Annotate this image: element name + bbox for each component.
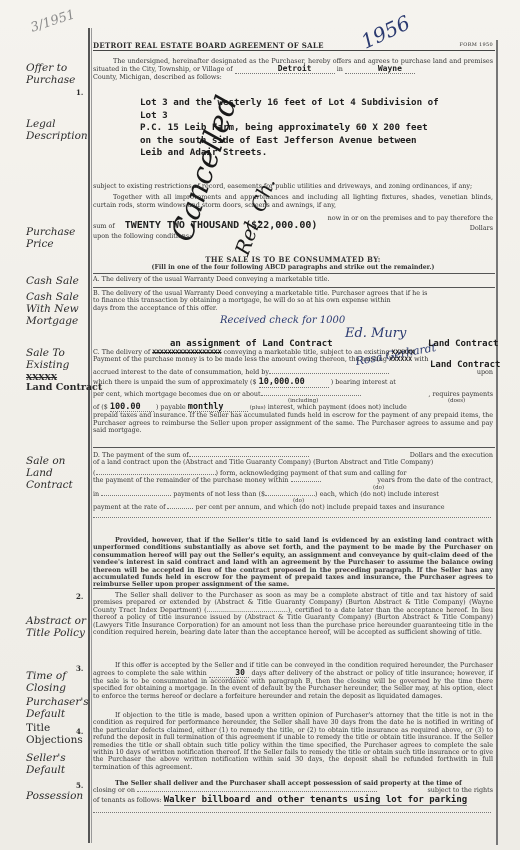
- in-label: in: [337, 65, 343, 73]
- sum-of-label: sum of: [93, 222, 115, 230]
- label-sale-to-existing: Sale To Existing: [26, 347, 92, 371]
- separator: [93, 447, 495, 448]
- paragraph-d: D. The payment of the sum of Dollars and…: [93, 452, 493, 521]
- payment-amount-field-d[interactable]: [265, 495, 315, 496]
- payment-frequency-field-d[interactable]: [101, 495, 171, 496]
- does-label: (does): [448, 398, 465, 405]
- document-header: DETROIT REAL ESTATE BOARD AGREEMENT OF S…: [93, 41, 495, 51]
- legal-line: Lot 3 and the westerly 16 feet of Lot 4 …: [140, 97, 460, 122]
- blank-line[interactable]: [93, 511, 491, 518]
- plus-label: (plus): [250, 405, 266, 411]
- para-d-text: the payment of the remainder of the purc…: [93, 476, 289, 484]
- typed-land-contract-right: Land Contract: [428, 339, 498, 349]
- para-c-text: per cent, which mortgage becomes due on …: [93, 390, 261, 398]
- para-d-text: per cent per annum, and which (do not) i…: [196, 503, 445, 511]
- para-d-text: payment at the rate of: [93, 503, 165, 511]
- consummation-title: THE SALE IS TO BE CONSUMMATED BY:: [93, 256, 493, 263]
- paragraph-b: B. The delivery of the usual Warranty De…: [93, 290, 493, 312]
- para-c-text: upon: [477, 369, 493, 376]
- paragraph-4-title-objections: If objection to the title is made, based…: [93, 712, 493, 771]
- para-c-text: , requires payments: [428, 391, 493, 398]
- handwritten-mortgage-note: Received check for 1000: [220, 315, 345, 326]
- do-label: (do): [293, 498, 304, 505]
- para-d-text: payments of not less than ($: [173, 490, 265, 498]
- separator: [93, 287, 495, 288]
- years-field[interactable]: [291, 481, 321, 482]
- label-legal-description: Legal Description: [26, 118, 92, 142]
- price-paragraph: now in or on the premises and to pay the…: [93, 215, 493, 241]
- para-d-text: of a land contract upon the (Abstract an…: [93, 459, 493, 466]
- para-d-text: D. The payment of the sum of: [93, 451, 189, 459]
- unpaid-amount-field[interactable]: 10,000.00: [259, 379, 329, 387]
- para-b-line: days from the acceptance of this offer.: [93, 305, 493, 312]
- price-amount-field[interactable]: TWENTY TWO THOUSAND ($22,000.00): [125, 220, 318, 231]
- county-field[interactable]: Wayne: [345, 65, 415, 73]
- para-d-text: years from the date of the contract,: [377, 477, 493, 484]
- label-sellers-default: Seller's Default: [26, 752, 92, 776]
- document-title: DETROIT REAL ESTATE BOARD AGREEMENT OF S…: [93, 41, 324, 50]
- form-company-field[interactable]: [96, 474, 216, 475]
- legal-line: P.C. 15 Leib Farm, being approximately 6…: [140, 122, 460, 135]
- improvements-text: Together with all improvements and appur…: [93, 194, 493, 209]
- county-suffix: County, Michigan, described as follows:: [93, 73, 222, 81]
- paragraph-3-closing: If this offer is accepted by the Seller …: [93, 662, 493, 700]
- left-border-rule: [88, 28, 90, 843]
- label-sale-on-land-contract: Sale on Land Contract: [26, 455, 92, 491]
- offer-paragraph: The undersigned, hereinafter designated …: [93, 58, 493, 81]
- blank-line[interactable]: [93, 804, 491, 813]
- para-5-text: closing or on: [93, 786, 135, 794]
- conditions-label: upon the following conditions:: [93, 233, 493, 240]
- paragraph-number-3: 3.: [76, 664, 83, 673]
- possession-date-field[interactable]: [137, 791, 377, 792]
- para-c-rest: prepaid taxes and insurance. If the Sell…: [93, 412, 493, 434]
- do-label: (do): [373, 485, 384, 492]
- label-possession: Possession: [26, 790, 92, 802]
- para-c-text: Payment of the purchase money is to be m…: [93, 355, 387, 363]
- label-cash-sale: Cash Sale: [26, 275, 92, 287]
- paragraph-number-5: 5.: [76, 781, 83, 790]
- interest-rate-field[interactable]: [167, 508, 193, 509]
- paragraph-c: C. The delivery of XXXXXXXXXXXXXXXXXX co…: [93, 349, 493, 435]
- legal-line: on the south side of East Jefferson Aven…: [140, 135, 460, 148]
- para-d-text: in: [93, 490, 99, 498]
- struck-text: XXXXXX: [389, 355, 412, 363]
- due-date-field[interactable]: [261, 395, 361, 396]
- paragraph-5-possession: The Seller shall deliver and the Purchas…: [93, 780, 493, 816]
- left-border-rule-inner: [91, 28, 92, 843]
- para-c-text: ) bearing interest at: [331, 378, 396, 386]
- paragraph-a: A. The delivery of the usual Warranty De…: [93, 276, 493, 283]
- restrictions-paragraph: subject to existing restrictions of reco…: [93, 183, 493, 209]
- corner-handwritten-note: 3/1951: [29, 7, 77, 35]
- city-field[interactable]: Detroit: [235, 65, 335, 73]
- para-5-text: of tenants as follows:: [93, 796, 162, 804]
- provided-paragraph: Provided, however, that if the Seller's …: [93, 537, 493, 589]
- para-5-text: subject to the rights: [427, 787, 493, 794]
- held-by-field[interactable]: [269, 373, 389, 374]
- handwritten-signature-c: Ed. Mury: [345, 326, 406, 341]
- sum-field-d[interactable]: [189, 456, 309, 457]
- paragraph-number-1: 1.: [76, 88, 83, 97]
- label-purchase-price: Purchase Price: [26, 226, 92, 250]
- separator: [93, 273, 495, 274]
- label-offer-to-purchase: Offer to Purchase: [26, 62, 92, 86]
- legal-line: Leib and Adair Streets.: [140, 147, 460, 160]
- label-time-of-closing: Time of Closing: [26, 670, 92, 694]
- right-border-rule: [496, 40, 498, 845]
- label-abstract-title-policy: Abstract or Title Policy: [26, 615, 92, 639]
- dollars-label: Dollars: [470, 225, 493, 232]
- para-c-text: with: [414, 355, 428, 363]
- including-label: (including): [288, 398, 318, 405]
- paragraph-number-4: 4.: [76, 727, 83, 736]
- label-cash-sale-new-mortgage: Cash Sale With New Mortgage: [26, 291, 92, 327]
- paragraph-2-abstract: The Seller shall deliver to the Purchase…: [93, 592, 493, 636]
- agreement-of-sale-page: 3/1951 DETROIT REAL ESTATE BOARD AGREEME…: [0, 0, 520, 850]
- para-c-text: of ($: [93, 403, 108, 411]
- form-number: FORM 1950: [460, 42, 493, 48]
- para-c-text: which there is unpaid the sum of approxi…: [93, 378, 257, 386]
- para-c-text: ) payable: [156, 403, 186, 411]
- consummation-subtitle: (Fill in one of the four following ABCD …: [93, 264, 493, 271]
- label-purchasers-default: Purchaser's Default: [26, 696, 92, 720]
- para-d-text: Dollars and the execution: [410, 452, 493, 459]
- restrictions-text: subject to existing restrictions of reco…: [93, 183, 493, 190]
- paragraph-number-2: 2.: [76, 592, 83, 601]
- legal-description: Lot 3 and the westerly 16 feet of Lot 4 …: [140, 97, 460, 160]
- separator: [93, 588, 495, 589]
- para-c-text: accrued interest to the date of consumma…: [93, 368, 269, 376]
